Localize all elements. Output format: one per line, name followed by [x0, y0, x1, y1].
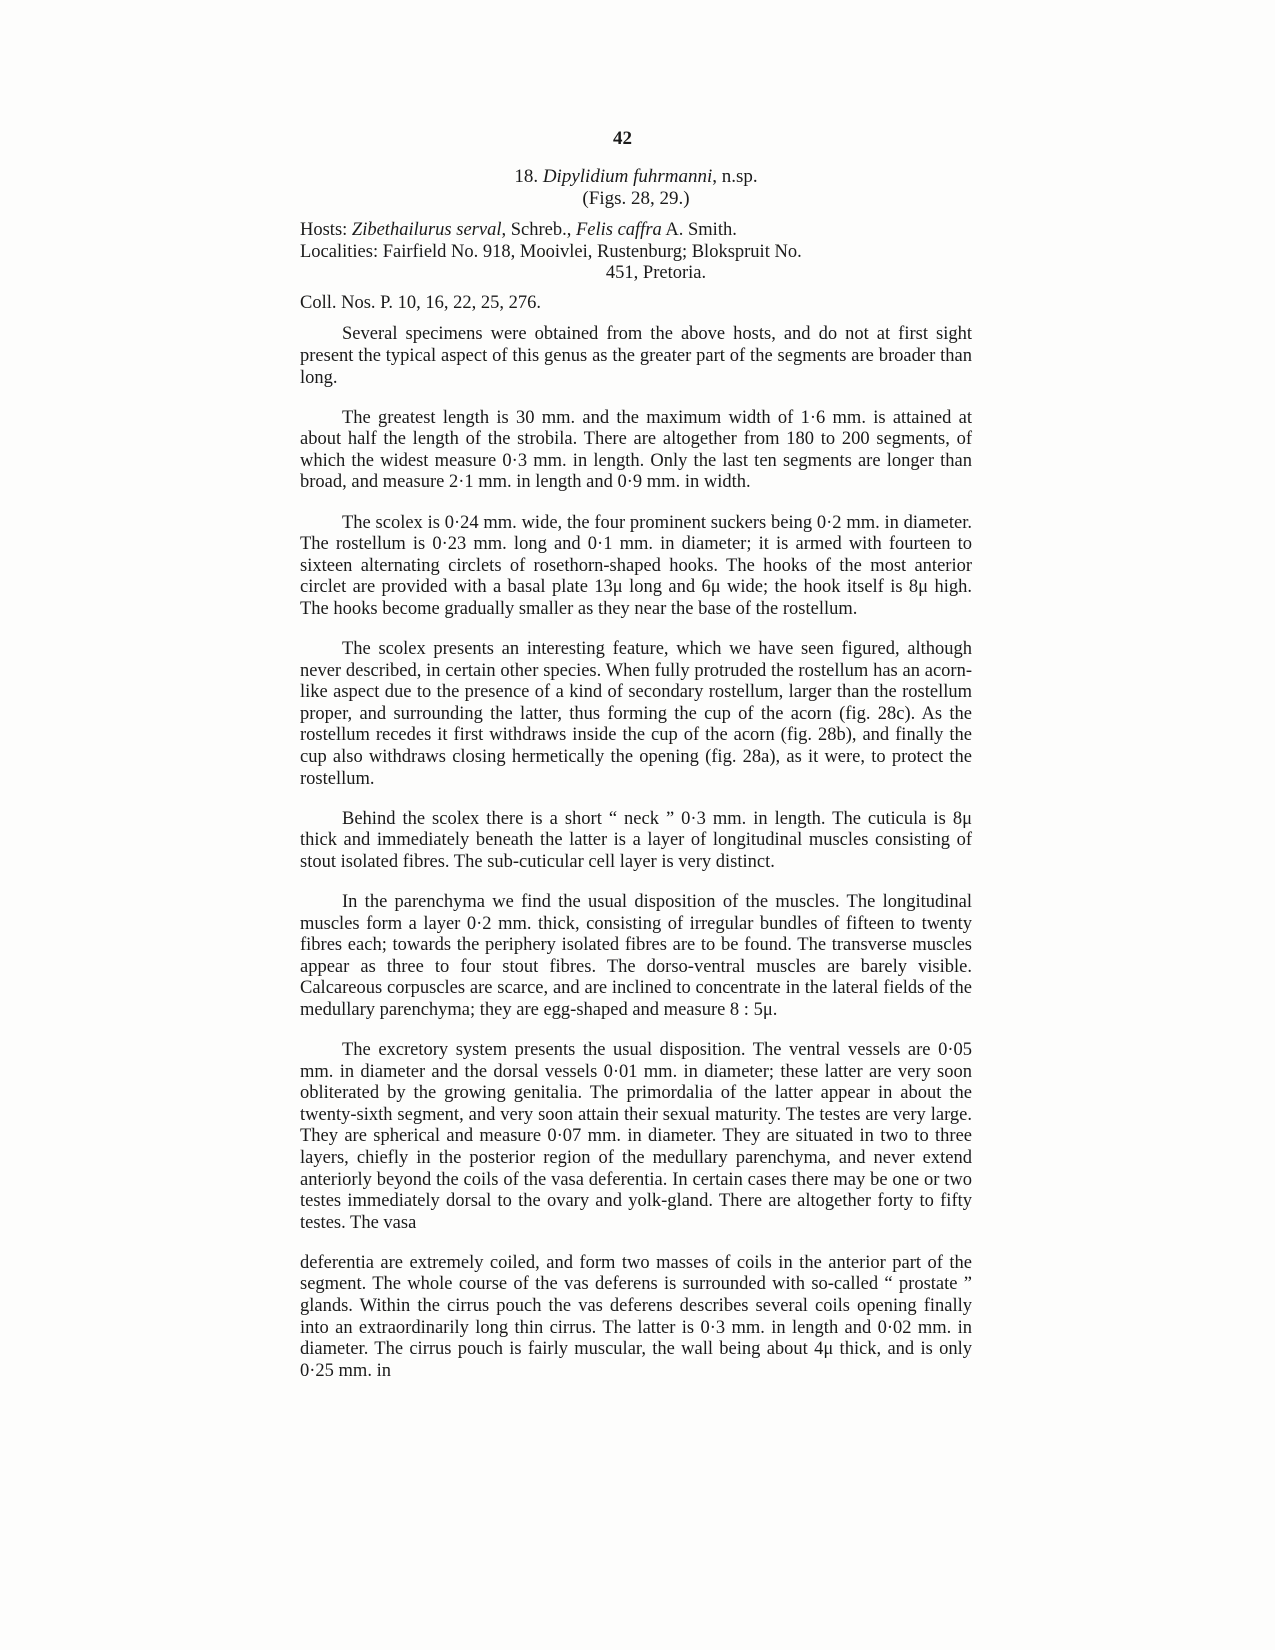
host-2-name: Felis caffra [576, 220, 662, 240]
hosts-label: Hosts: [300, 220, 347, 240]
species-name: Dipylidium fuhrmanni [543, 166, 712, 187]
page-number: 42 [0, 128, 1245, 150]
localities-label: Localities: [300, 242, 378, 262]
collection-numbers: Coll. Nos. P. 10, 16, 22, 25, 276. [300, 293, 972, 315]
paragraph-scolex: The scolex is 0·24 mm. wide, the four pr… [300, 513, 972, 621]
paragraph-specimens: Several specimens were obtained from the… [300, 324, 972, 389]
host-1-author: , Schreb., [501, 220, 576, 240]
scanned-page: 42 18. Dipylidium fuhrmanni, n.sp. (Figs… [0, 0, 1275, 1650]
host-2-author: A. Smith. [662, 220, 737, 240]
paragraph-excretory-testes: The excretory system presents the usual … [300, 1040, 972, 1234]
figure-reference: (Figs. 28, 29.) [300, 188, 972, 210]
species-title: 18. Dipylidium fuhrmanni, n.sp. [300, 166, 972, 188]
paragraph-rostellum-feature: The scolex presents an interesting featu… [300, 639, 972, 790]
species-status: , n.sp. [712, 166, 757, 187]
paragraph-dimensions: The greatest length is 30 mm. and the ma… [300, 408, 972, 494]
paragraph-musculature: In the parenchyma we find the usual disp… [300, 892, 972, 1022]
species-heading: 18. Dipylidium fuhrmanni, n.sp. (Figs. 2… [300, 166, 972, 210]
localities-line: Localities: Fairfield No. 918, Mooivlei,… [300, 242, 972, 264]
specimen-metadata: Hosts: Zibethailurus serval, Schreb., Fe… [300, 220, 972, 314]
section-number: 18. [514, 166, 538, 187]
paragraph-vasa-deferentia: deferentia are extremely coiled, and for… [300, 1253, 972, 1383]
localities-text: Fairfield No. 918, Mooivlei, Rustenburg;… [378, 242, 802, 262]
localities-continuation: 451, Pretoria. [300, 263, 972, 285]
hosts-line: Hosts: Zibethailurus serval, Schreb., Fe… [300, 220, 972, 242]
host-1-name: Zibethailurus serval [352, 220, 502, 240]
text-column: 18. Dipylidium fuhrmanni, n.sp. (Figs. 2… [300, 160, 972, 1401]
paragraph-neck-cuticula: Behind the scolex there is a short “ nec… [300, 809, 972, 874]
